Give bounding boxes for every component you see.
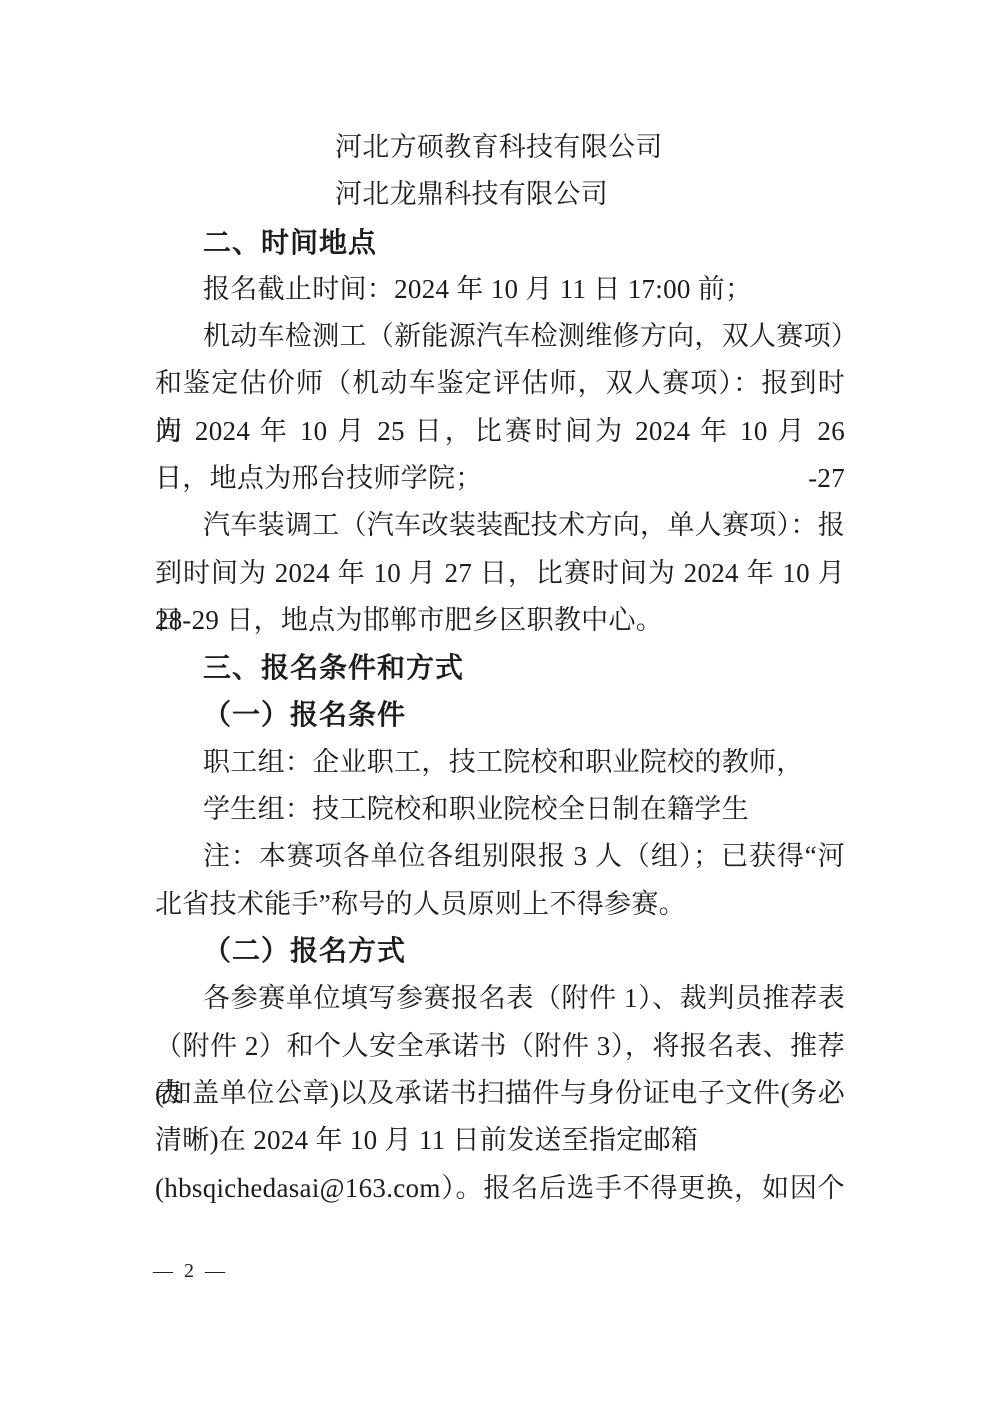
document-page: 河北方硕教育科技有限公司 河北龙鼎科技有限公司 二、时间地点 报名截止时间：20… (0, 0, 1000, 1415)
body-line: 到时间为 2024 年 10 月 27 日，比赛时间为 2024 年 10 月 … (155, 550, 845, 597)
body-line-student-group: 学生组：技工院校和职业院校全日制在籍学生 (155, 786, 845, 833)
body-line-worker-group: 职工组：企业职工，技工院校和职业院校的教师， (155, 739, 845, 786)
organizer-name-2: 河北龙鼎科技有限公司 (155, 171, 845, 218)
body-line: 北省技术能手”称号的人员原则上不得参赛。 (155, 881, 845, 928)
body-line-email: (hbsqichedasai@163.com）。报名后选手不得更换，如因个 (155, 1165, 845, 1212)
body-line: (加盖单位公章)以及承诺书扫描件与身份证电子文件(务必 (155, 1070, 845, 1117)
body-line: 汽车装调工（汽车改装装配技术方向，单人赛项）：报 (155, 502, 845, 549)
document-body: 河北方硕教育科技有限公司 河北龙鼎科技有限公司 二、时间地点 报名截止时间：20… (155, 124, 845, 1212)
body-line-note: 注：本赛项各单位各组别限报 3 人（组）；已获得“河 (155, 833, 845, 880)
heading-sub-2-registration: （二）报名方式 (155, 928, 845, 975)
body-line: 和鉴定估价师（机动车鉴定评估师，双人赛项）：报到时间 (155, 360, 845, 407)
body-line: （附件 2）和个人安全承诺书（附件 3），将报名表、推荐表 (155, 1023, 845, 1070)
body-line: 机动车检测工（新能源汽车检测维修方向，双人赛项） (155, 313, 845, 360)
body-line: 为 2024 年 10 月 25 日，比赛时间为 2024 年 10 月 26 … (155, 408, 845, 455)
page-number: — 2 — (153, 1260, 228, 1283)
body-line: 各参赛单位填写参赛报名表（附件 1）、裁判员推荐表 (155, 975, 845, 1022)
body-line-deadline: 报名截止时间：2024 年 10 月 11 日 17:00 前； (155, 266, 845, 313)
organizer-name-1: 河北方硕教育科技有限公司 (155, 124, 845, 171)
body-line-email-intro: 清晰)在 2024 年 10 月 11 日前发送至指定邮箱 (155, 1117, 845, 1164)
heading-sub-1-conditions: （一）报名条件 (155, 692, 845, 739)
body-line: 日-29 日，地点为邯郸市肥乡区职教中心。 (155, 597, 845, 644)
heading-section-2-time-place: 二、时间地点 (155, 219, 845, 266)
heading-section-3-conditions: 三、报名条件和方式 (155, 644, 845, 691)
